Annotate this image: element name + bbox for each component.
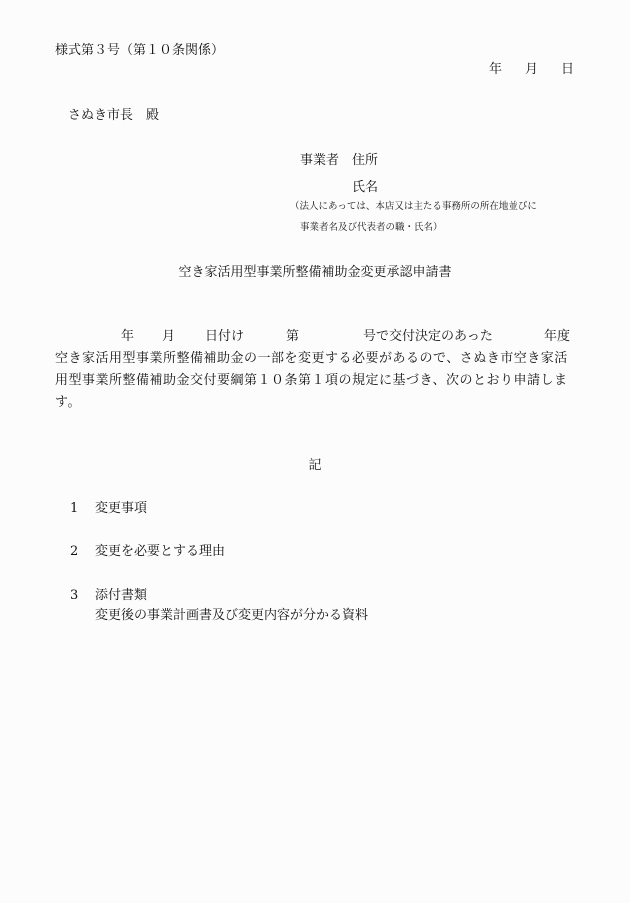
fiscal-year-label: 年度 (544, 330, 570, 343)
decision-month-label: 月 (162, 330, 175, 343)
decision-day-label: 日付け (205, 330, 244, 343)
applicant-note-line1: （法人にあっては、本店又は主たる事務所の所在地並びに (290, 202, 537, 212)
item-number: 3 (70, 589, 78, 602)
body-line-3: 用型事業所整備補助金交付要綱第１０条第１項の規定に基づき、次のとおり申請しま (55, 374, 567, 387)
item-number: 1 (70, 502, 78, 515)
body-line-4: す。 (55, 396, 81, 409)
form-number: 様式第３号（第１０条関係） (55, 44, 224, 57)
item-number: 2 (70, 545, 78, 558)
decision-number-prefix: 第 (286, 330, 299, 343)
item-attachments-detail: 変更後の事業計画書及び変更内容が分かる資料 (95, 609, 368, 622)
body-line-2: 空き家活用型事業所整備補助金の一部を変更する必要があるので、さぬき市空き家活 (55, 352, 568, 365)
address-label: 住所 (352, 154, 378, 167)
applicant-label: 事業者 (300, 154, 339, 167)
applicant-note-line2: 事業者名及び代表者の職・氏名） (300, 223, 443, 233)
document-title: 空き家活用型事業所整備補助金変更承認申請書 (0, 266, 630, 279)
date-day-label: 日 (561, 63, 574, 76)
decision-year-label: 年 (121, 330, 134, 343)
date-year-label: 年 (489, 63, 502, 76)
ki-heading: 記 (0, 459, 630, 472)
item-text-attachments: 添付書類 (95, 589, 147, 602)
decision-number-suffix: 号で交付決定のあった (363, 330, 493, 343)
name-label: 氏名 (352, 181, 378, 194)
addressee: さぬき市長 殿 (68, 109, 159, 122)
item-text-change-matters: 変更事項 (95, 502, 147, 515)
date-month-label: 月 (525, 63, 538, 76)
item-text-change-reason: 変更を必要とする理由 (95, 545, 225, 558)
